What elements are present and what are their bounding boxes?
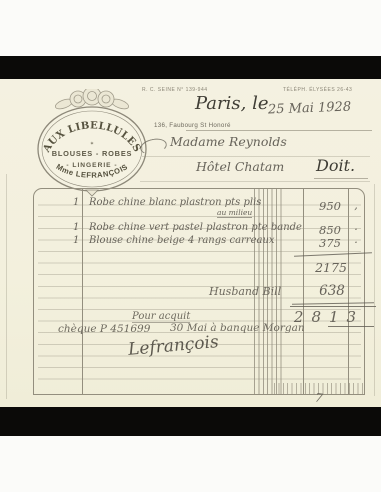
cheque-note: 30 Mai à banque Morgan: [170, 322, 305, 334]
shop-logo: AUX LIBELLULES ✶ BLOUSES - ROBES - LINGE…: [34, 89, 150, 197]
item-description: Robe chine vert pastel plastron pte band…: [89, 222, 302, 233]
customer-address: Hôtel Chatam: [196, 159, 284, 174]
logo-products-1: BLOUSES - ROBES: [52, 149, 133, 158]
added-note: Husband Bill: [209, 285, 281, 298]
item-note: au milieu: [217, 208, 252, 218]
item-cents: ,: [350, 199, 362, 212]
logo-ornament: ✶: [90, 141, 94, 147]
corner-pencil-mark: 7: [314, 391, 324, 406]
logo-products-2: - LINGERIE -: [66, 162, 117, 169]
item-cents: ·: [350, 236, 362, 249]
invoice-paper: R. C. SEINE N° 139-944 TÉLÉPH. ÉLYSÉES 2…: [0, 79, 381, 407]
items-table: 1 Robe chine blanc plastron pts plis au …: [33, 188, 365, 395]
total-underline: [328, 326, 374, 327]
doit-underline: [314, 178, 368, 179]
place-date-label: Paris, le: [195, 93, 269, 114]
handwritten-date: 25 Mai 1928: [268, 100, 352, 118]
fold-line-right: [374, 184, 375, 396]
item-description: Blouse chine beige 4 rangs carreaux: [89, 235, 275, 246]
customer-name: Madame Reynolds: [170, 134, 287, 149]
subtotal-amount: 2175: [296, 260, 366, 275]
item-description: Robe chine blanc plastron pts plis: [89, 197, 261, 208]
customer-baseline-2: [140, 181, 370, 182]
item-qty: 1: [73, 235, 79, 246]
doit-label: Doit.: [316, 156, 355, 175]
telephone-number: TÉLÉPH. ÉLYSÉES 26-43: [283, 87, 352, 93]
street-address: 136, Faubourg St Honoré: [154, 122, 231, 129]
fold-line-left: [6, 174, 7, 399]
item-cents: ·: [350, 223, 362, 236]
item-qty: 1: [73, 222, 79, 233]
added-amount: 638: [302, 283, 362, 299]
total-rule-2: [290, 306, 376, 307]
qty-column-divider: [82, 189, 83, 394]
date-baseline: [186, 130, 372, 131]
item-qty: 1: [73, 197, 79, 208]
cheque-reference: chèque P 451699: [58, 323, 150, 335]
